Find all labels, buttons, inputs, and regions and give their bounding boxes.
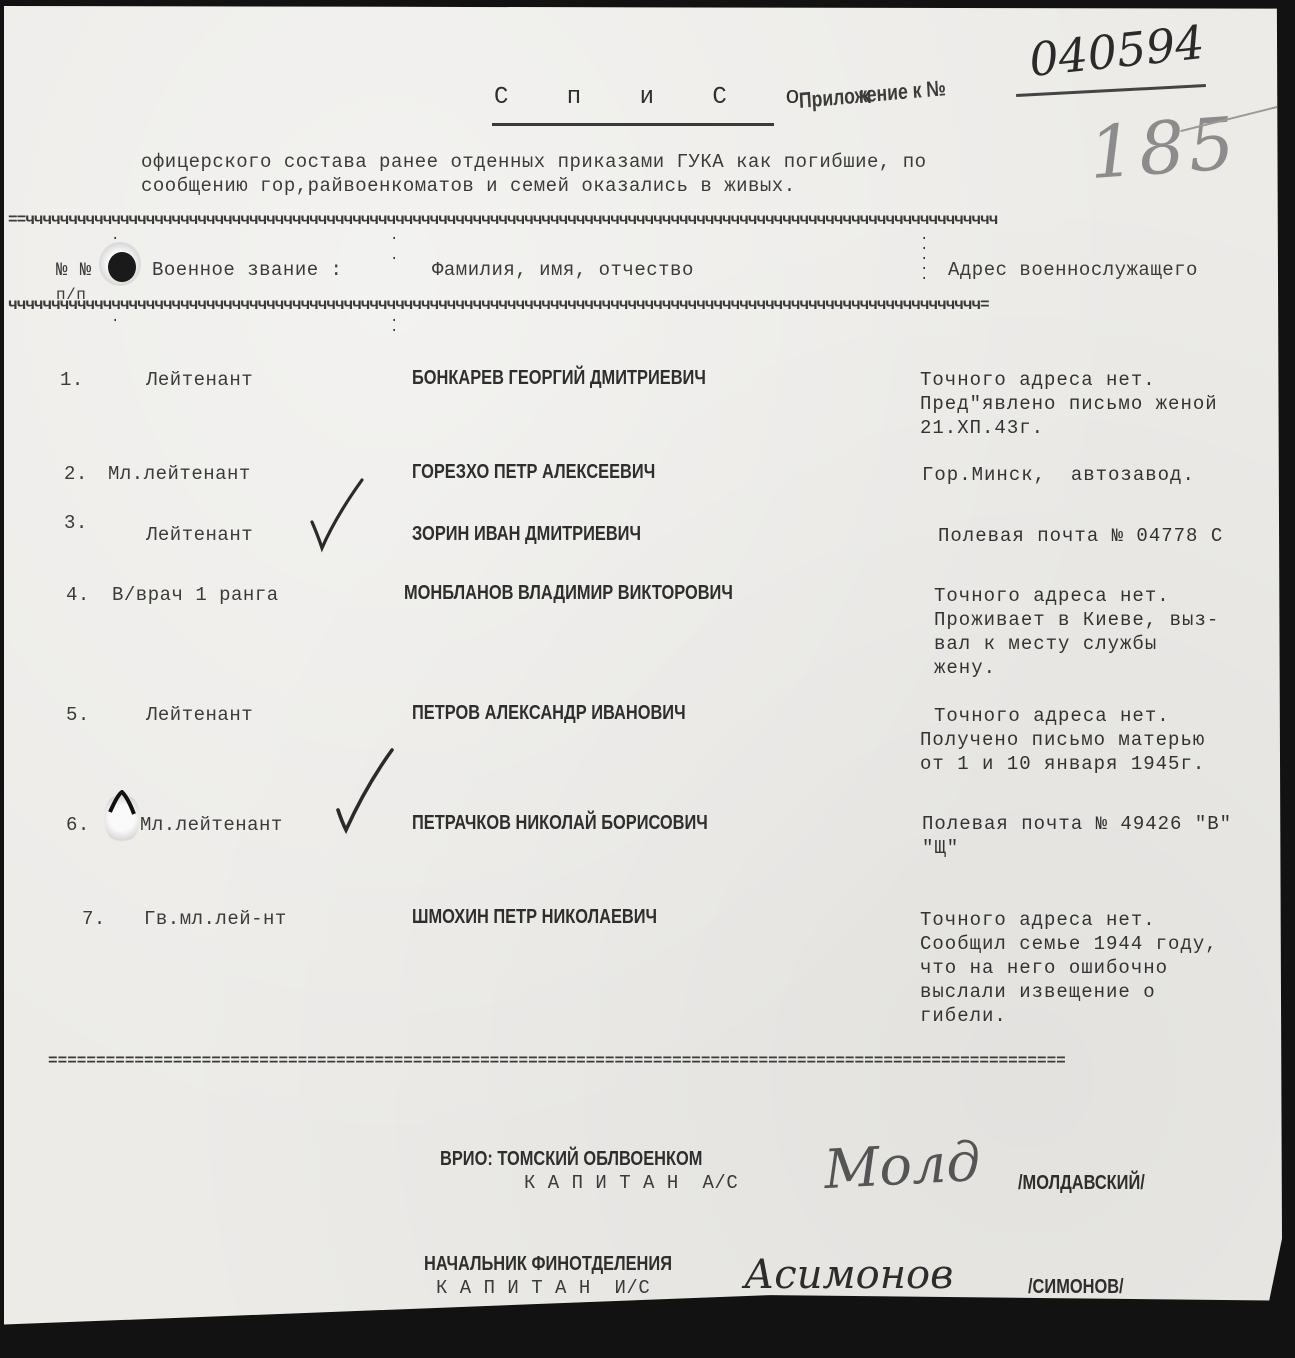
header-separator: чччччччччччччччччччччччччччччччччччччччч…	[8, 296, 1284, 314]
signature-title: ВРИО: ТОМСКИЙ ОБЛВОЕНКОМ	[440, 1148, 702, 1171]
handwritten-signature: Молд	[822, 1130, 982, 1201]
handwritten-signature: Асимонов	[744, 1252, 953, 1298]
row-rank: Мл.лейтенант	[140, 814, 283, 836]
row-address-line: Сообщил семье 1944 году,	[920, 932, 1218, 956]
row-address-line: Получено письмо матерью	[920, 728, 1205, 752]
row-name: ГОРЕЗХО ПЕТР АЛЕКСЕЕВИЧ	[412, 461, 655, 484]
checkmark-icon	[306, 476, 366, 554]
title-underline	[492, 123, 774, 126]
row-address-line: Проживает в Киеве, выз-	[934, 608, 1219, 632]
row-rank: Лейтенант	[146, 369, 253, 391]
row-address-line: Пред"явлено письмо женой	[920, 392, 1218, 416]
row-rank: Лейтенант	[146, 704, 253, 726]
column-divider-dots: ··	[390, 316, 394, 336]
header-address: Адрес военнослужащего	[948, 259, 1198, 281]
row-address-line: выслали извещение о	[920, 980, 1156, 1004]
ink-mark-icon	[108, 790, 138, 820]
row-name: ШМОХИН ПЕТР НИКОЛАЕВИЧ	[412, 906, 657, 929]
row-number: 3.	[64, 512, 88, 534]
row-address-line: Гор.Минск, автозавод.	[922, 463, 1195, 487]
row-address-line: вал к месту службы	[934, 632, 1157, 656]
signature-title: НАЧАЛЬНИК ФИНОТДЕЛЕНИЯ	[424, 1253, 672, 1276]
signature-typed-name: /СИМОНОВ/	[1028, 1276, 1124, 1299]
subtitle-line-1: офицерского состава ранее отденных прика…	[141, 151, 927, 173]
pencil-number: 185	[1086, 101, 1241, 195]
row-address-line: Точного адреса нет.	[920, 368, 1156, 392]
row-number: 4.	[66, 584, 90, 606]
header-rank: Военное звание :	[152, 259, 342, 281]
signature-rank: К А П И Т А Н И/С	[436, 1277, 650, 1299]
row-rank: В/врач 1 ранга	[112, 584, 279, 606]
bottom-separator: ========================================…	[48, 1052, 1268, 1070]
row-number: 6.	[66, 814, 90, 836]
row-number: 1.	[60, 369, 84, 391]
row-address-line: Точного адреса нет.	[920, 908, 1156, 932]
row-rank: Гв.мл.лей-нт	[144, 908, 287, 930]
header-number: № №	[56, 259, 92, 281]
column-divider-dots: ··	[390, 234, 394, 264]
column-divider-dots: ·····	[920, 234, 924, 284]
row-address-line: гибели.	[920, 1004, 1007, 1028]
punch-hole-center	[108, 252, 136, 282]
row-number: 2.	[64, 463, 88, 485]
row-address-line: "Щ"	[922, 836, 959, 860]
row-number: 7.	[82, 908, 106, 930]
header-name: Фамилия, имя, отчество	[432, 259, 694, 281]
row-address-line: 21.XП.43г.	[920, 416, 1044, 440]
checkmark-icon	[332, 746, 396, 838]
handwritten-document-number: 040594	[1027, 15, 1207, 87]
stamp-underline	[1016, 84, 1206, 97]
row-address-line: Точного адреса нет.	[934, 584, 1170, 608]
row-name: ЗОРИН ИВАН ДМИТРИЕВИЧ	[412, 523, 641, 546]
row-address-line: что на него ошибочно	[920, 956, 1168, 980]
row-rank: Мл.лейтенант	[108, 463, 251, 485]
document-page: С п и С о к Приложение к № 040594 185 оф…	[4, 6, 1282, 1346]
row-name: ПЕТРОВ АЛЕКСАНДР ИВАНОВИЧ	[412, 702, 686, 725]
signature-typed-name: /МОЛДАВСКИЙ/	[1018, 1172, 1145, 1195]
row-address-line: от 1 и 10 января 1945г.	[920, 752, 1205, 776]
row-number: 5.	[66, 704, 90, 726]
row-address-line: Полевая почта № 04778 С	[938, 524, 1223, 548]
row-address-line: Точного адреса нет.	[934, 704, 1170, 728]
row-name: БОНКАРЕВ ГЕОРГИЙ ДМИТРИЕВИЧ	[412, 367, 706, 390]
row-name: ПЕТРАЧКОВ НИКОЛАЙ БОРИСОВИЧ	[412, 812, 708, 835]
top-separator: ==чччччччччччччччччччччччччччччччччччччч…	[8, 211, 1280, 229]
subtitle-line-2: сообщению гор,райвоенкоматов и семей ока…	[141, 175, 796, 197]
column-divider-dots: ·	[111, 316, 115, 326]
row-address-line: Полевая почта № 49426 "В"	[922, 812, 1232, 836]
row-name: МОНБЛАНОВ ВЛАДИМИР ВИКТОРОВИЧ	[404, 582, 733, 605]
row-address-line: жену.	[934, 656, 996, 680]
row-rank: Лейтенант	[146, 524, 253, 546]
signature-rank: К А П И Т А Н А/С	[524, 1172, 738, 1194]
